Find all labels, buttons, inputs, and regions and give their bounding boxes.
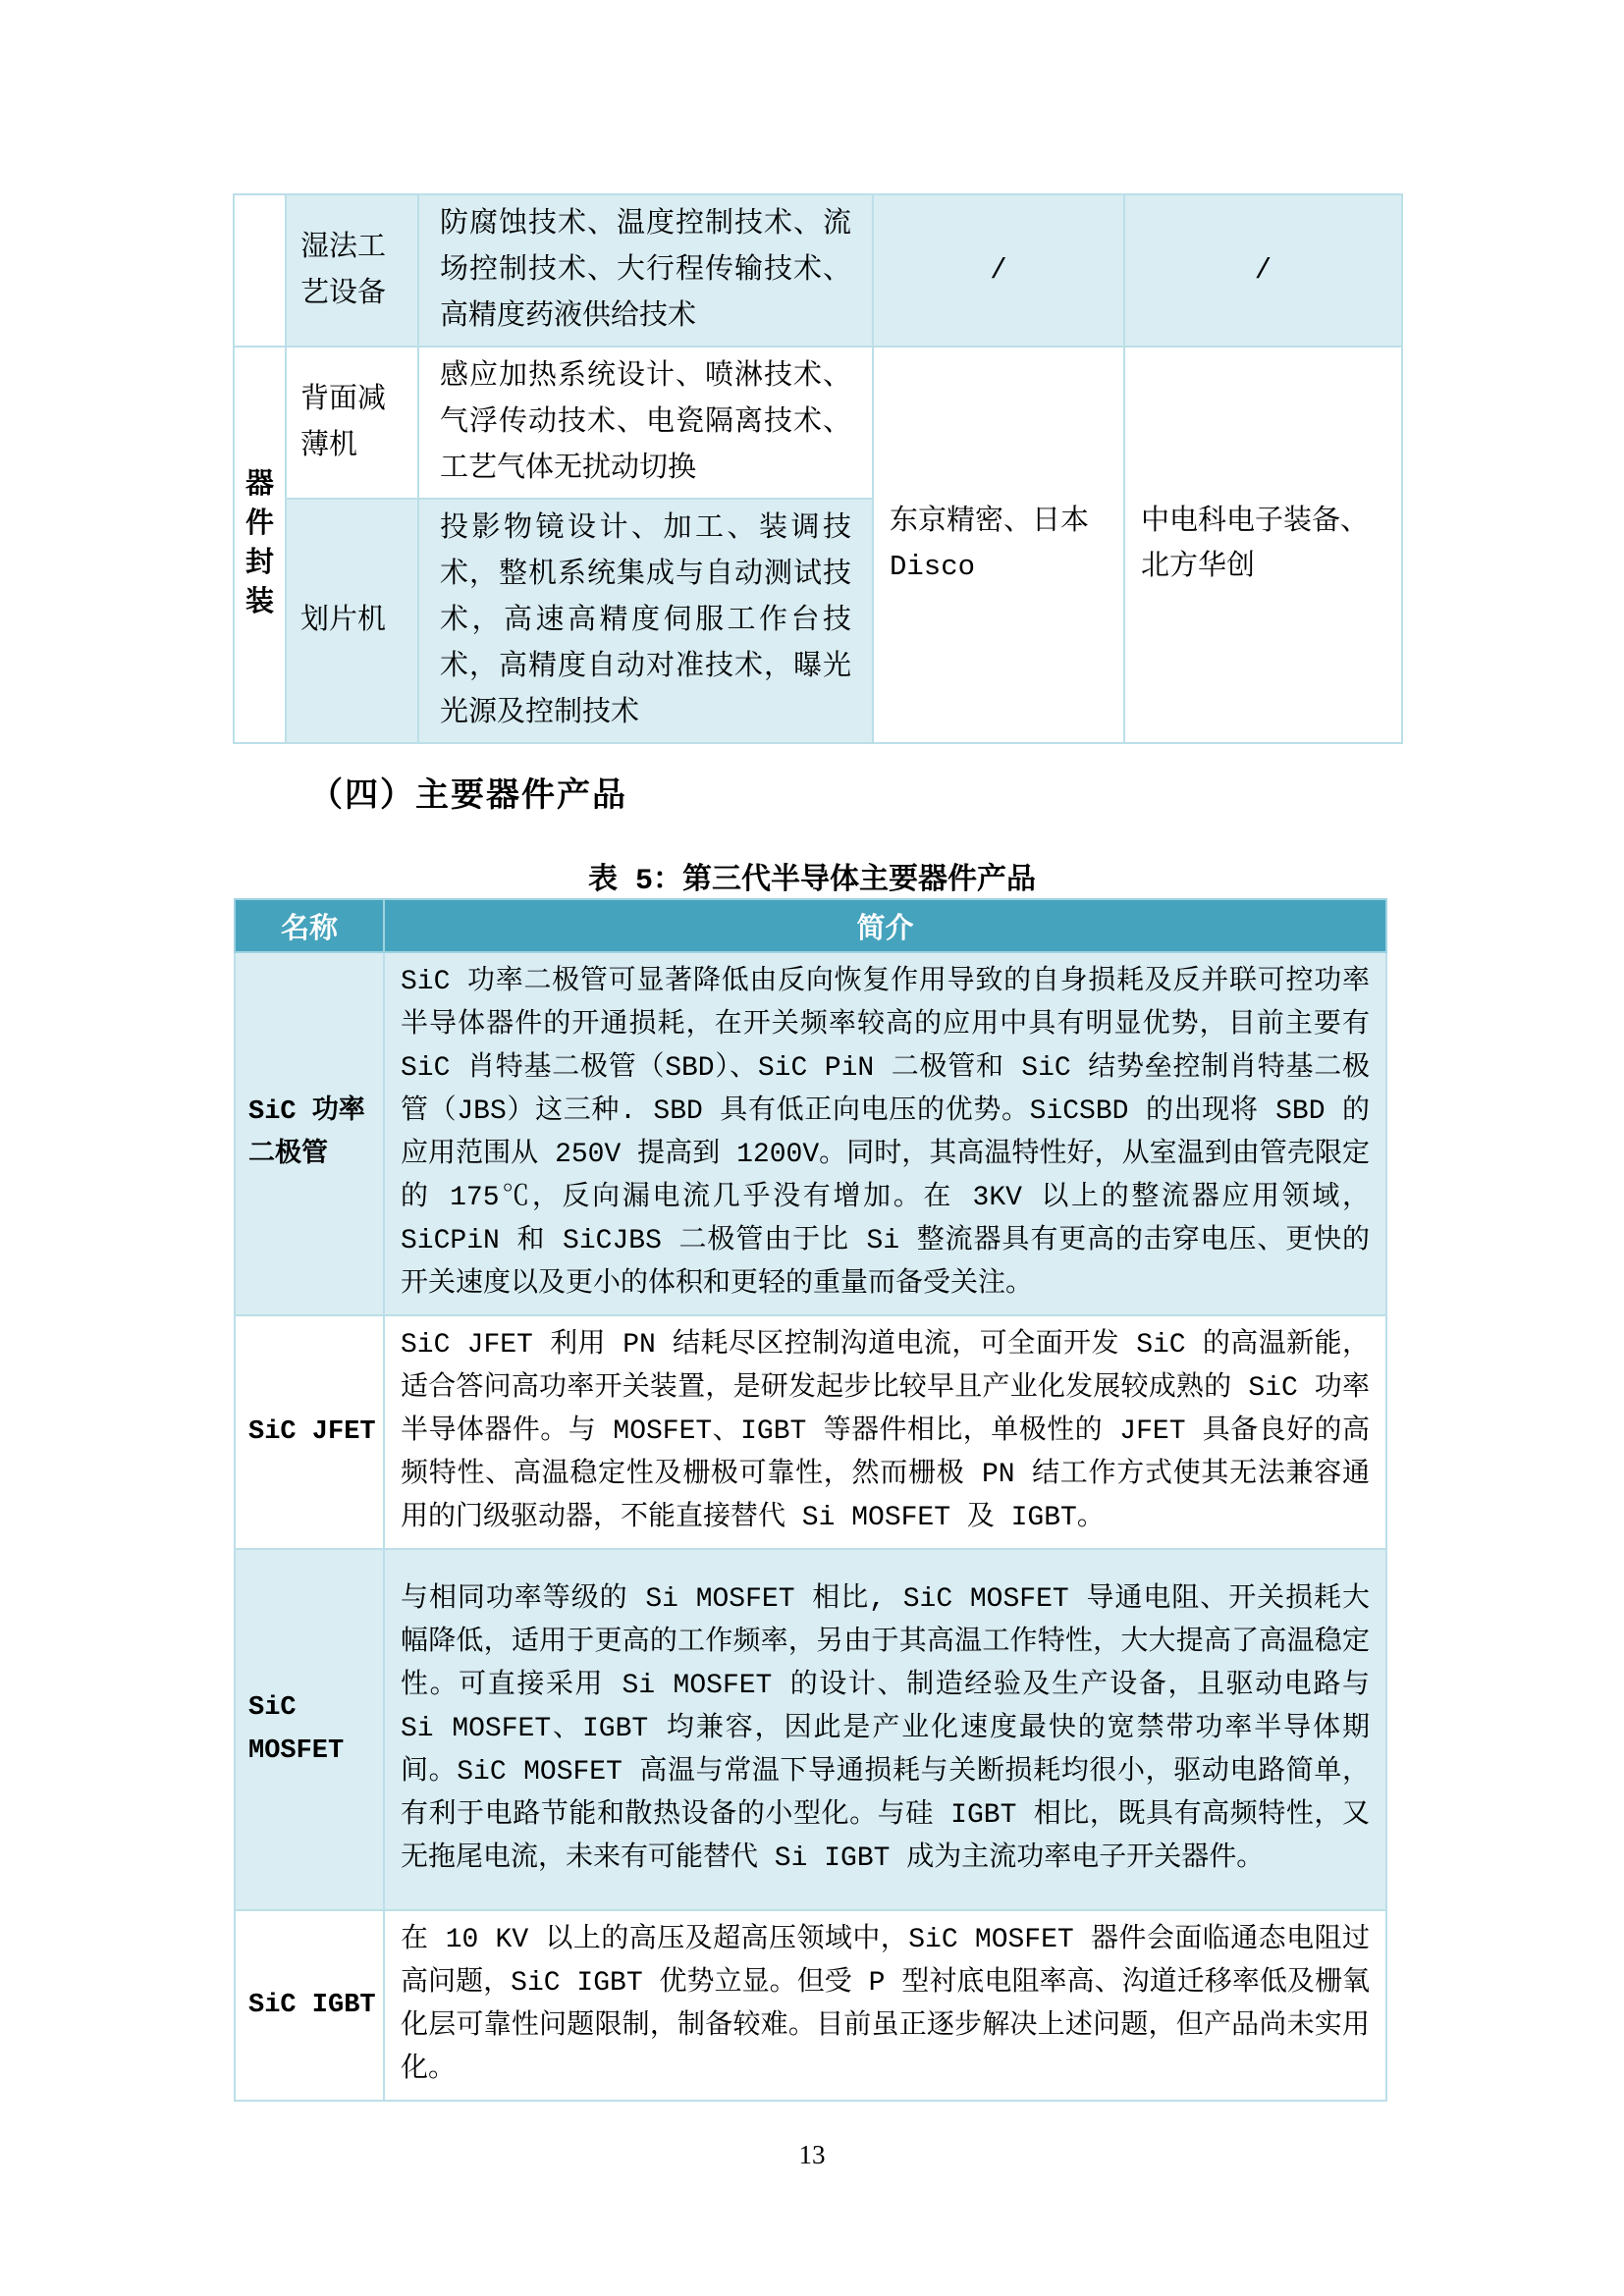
equipment-technologies: 防腐蚀技术、温度控制技术、流场控制技术、大行程传输技术、高精度药液供给技术: [418, 194, 873, 347]
table5-title: 表 5：第三代半导体主要器件产品: [0, 854, 1624, 898]
device-name: SiC 功率二极管: [235, 952, 384, 1315]
domestic-companies-cell: /: [1124, 194, 1402, 347]
device-intro: 在 10 KV 以上的高压及超高压领域中，SiC MOSFET 器件会面临通态电…: [384, 1910, 1386, 2101]
equipment-name: 划片机: [286, 499, 418, 743]
column-header-intro: 简介: [384, 899, 1386, 952]
foreign-companies-cell: /: [873, 194, 1124, 347]
equipment-row-back-grinder: 器件封装 背面减薄机 感应加热系统设计、喷淋技术、气浮传动技术、电瓷隔离技术、工…: [234, 347, 1402, 499]
equipment-row-wet-process: 湿法工艺设备 防腐蚀技术、温度控制技术、流场控制技术、大行程传输技术、高精度药液…: [234, 194, 1402, 347]
device-name: SiC JFET: [235, 1315, 384, 1549]
device-row-sic-power-diode: SiC 功率二极管 SiC 功率二极管可显著降低由反向恢复作用导致的自身损耗及反…: [235, 952, 1386, 1315]
category-vertical-label: 器件封装: [245, 466, 275, 623]
device-row-sic-igbt: SiC IGBT 在 10 KV 以上的高压及超高压领域中，SiC MOSFET…: [235, 1910, 1386, 2101]
device-intro: SiC 功率二极管可显著降低由反向恢复作用导致的自身损耗及反并联可控功率半导体器…: [384, 952, 1386, 1315]
category-cell: 器件封装: [234, 347, 286, 743]
section-heading: （四）主要器件产品: [309, 768, 627, 817]
equipment-name: 背面减薄机: [286, 347, 418, 499]
device-name: SiC MOSFET: [235, 1549, 384, 1910]
device-products-table: 名称 简介 SiC 功率二极管 SiC 功率二极管可显著降低由反向恢复作用导致的…: [234, 898, 1387, 2102]
device-intro: 与相同功率等级的 Si MOSFET 相比, SiC MOSFET 导通电阻、开…: [384, 1549, 1386, 1910]
domestic-companies-cell: 中电科电子装备、北方华创: [1124, 347, 1402, 743]
equipment-name: 湿法工艺设备: [286, 194, 418, 347]
device-name: SiC IGBT: [235, 1910, 384, 2101]
page-number: 13: [0, 2140, 1624, 2170]
device-table-header-row: 名称 简介: [235, 899, 1386, 952]
equipment-table: 湿法工艺设备 防腐蚀技术、温度控制技术、流场控制技术、大行程传输技术、高精度药液…: [233, 193, 1403, 744]
device-intro: SiC JFET 利用 PN 结耗尽区控制沟道电流，可全面开发 SiC 的高温新…: [384, 1315, 1386, 1549]
equipment-technologies: 感应加热系统设计、喷淋技术、气浮传动技术、电瓷隔离技术、工艺气体无扰动切换: [418, 347, 873, 499]
device-row-sic-jfet: SiC JFET SiC JFET 利用 PN 结耗尽区控制沟道电流，可全面开发…: [235, 1315, 1386, 1549]
column-header-name: 名称: [235, 899, 384, 952]
foreign-companies-cell: 东京精密、日本 Disco: [873, 347, 1124, 743]
empty-category-cell: [234, 194, 286, 347]
equipment-technologies: 投影物镜设计、加工、装调技术，整机系统集成与自动测试技术，高速高精度伺服工作台技…: [418, 499, 873, 743]
device-row-sic-mosfet: SiC MOSFET 与相同功率等级的 Si MOSFET 相比, SiC MO…: [235, 1549, 1386, 1910]
